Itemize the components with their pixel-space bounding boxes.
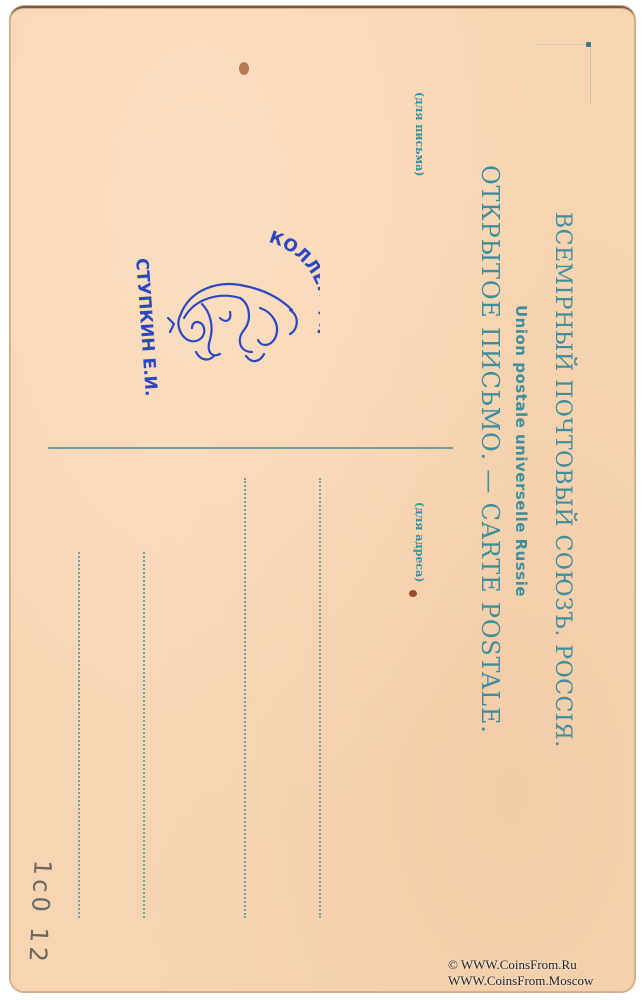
stamp-corner-mark <box>586 42 591 47</box>
stamp-box-outline-side <box>590 44 591 104</box>
stain-spot <box>409 590 417 597</box>
watermark: © WWW.CoinsFrom.Ru WWW.CoinsFrom.Moscow <box>448 957 593 989</box>
pencil-note: 1с0 12 <box>23 859 57 966</box>
address-line-2 <box>143 552 145 918</box>
address-line-3 <box>244 478 246 918</box>
postcard-back <box>10 6 635 992</box>
collection-stamp: КОЛЛЕКЦIЯ СТУПКИН Е.И. <box>140 228 320 403</box>
postcard-title: ОТКРЫТОЕ ПИСЬМО. — CARTE POSTALE. <box>476 165 504 734</box>
watermark-line-2: WWW.CoinsFrom.Moscow <box>448 973 593 989</box>
watermark-line-1: © WWW.CoinsFrom.Ru <box>448 957 593 973</box>
header-french: Union postale universelle Russie <box>512 305 530 597</box>
dolphin-ornament-icon: КОЛЛЕКЦIЯ <box>140 228 320 403</box>
header-russian: ВСЕМIРНЫЙ ПОЧТОВЫЙ СОЮЗЪ. РОССIЯ. <box>550 212 575 748</box>
address-line-4 <box>319 478 321 918</box>
label-for-letter: (для письма) <box>413 92 426 177</box>
stain-spot <box>239 62 249 75</box>
stamp-box-outline <box>535 44 591 45</box>
label-for-address: (для адреса) <box>413 502 426 582</box>
divider-line <box>48 447 453 449</box>
address-line-1 <box>78 552 80 918</box>
